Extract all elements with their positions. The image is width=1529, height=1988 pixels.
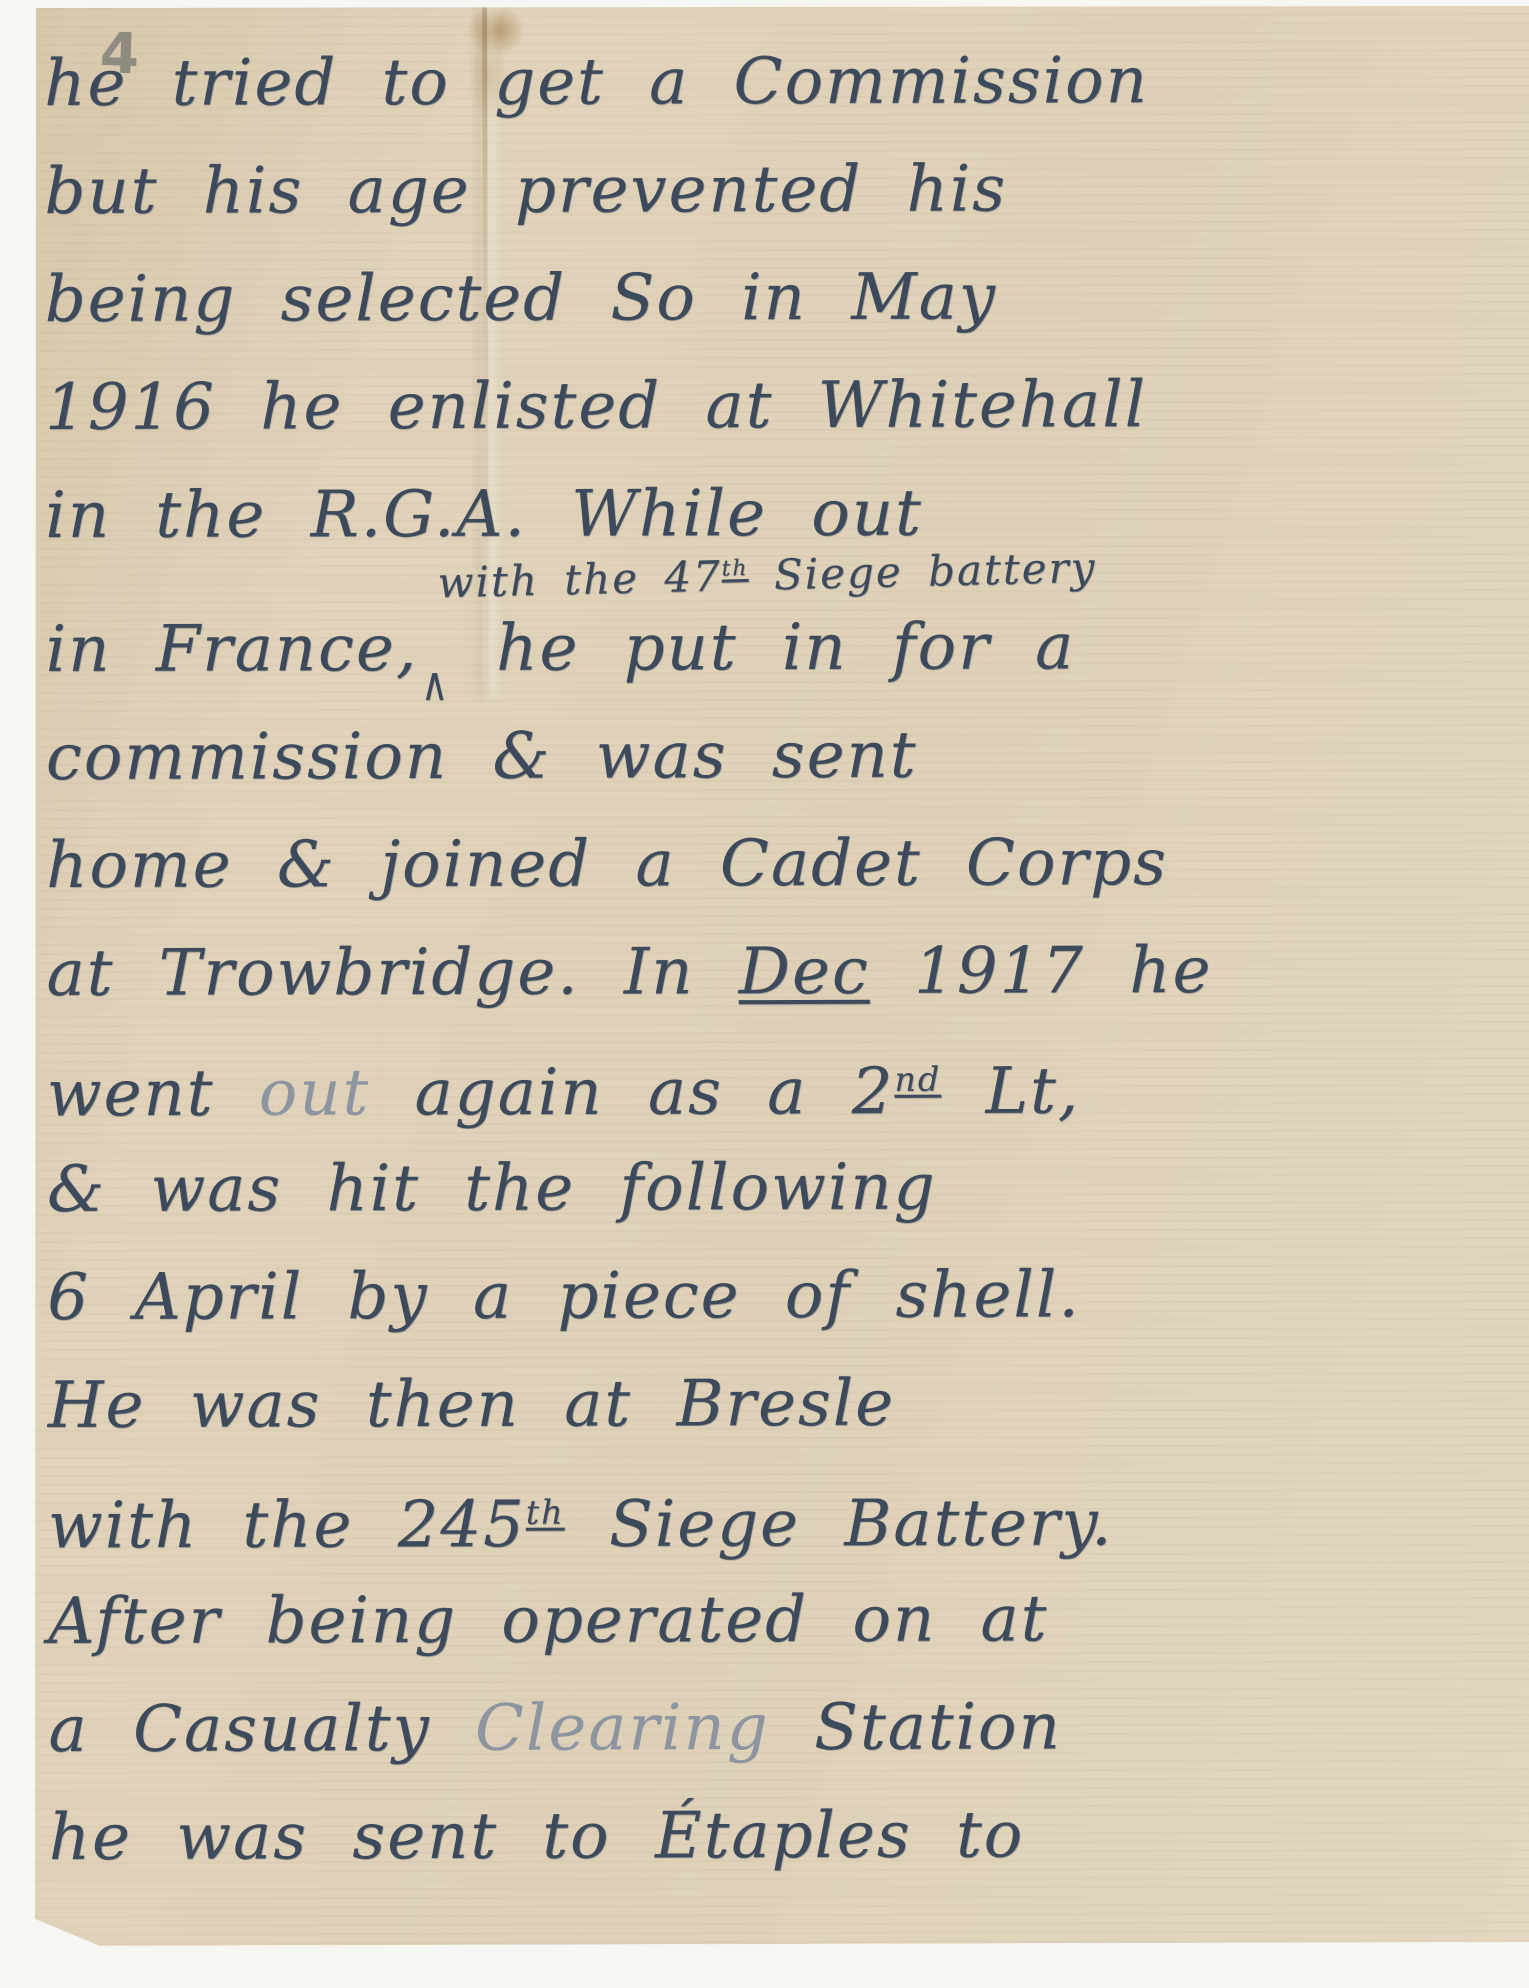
handwriting-line: He was then at Bresle [48,1350,1529,1462]
handwriting-segment: 1916 he enlisted at Whitehall [45,368,1147,445]
handwriting-line: with the 245th Siege Battery. [48,1458,1529,1570]
handwriting-segment: & was hit the following [47,1151,937,1227]
scanned-letter-page: 4 he tried to get a Commissionbut his ag… [0,0,1529,1988]
handwriting-line: 6 April by a piece of shell. [47,1242,1529,1354]
handwriting-segment: Clearing [475,1691,770,1766]
handwriting-segment: 1917 he [870,934,1213,1009]
handwriting-line: but his age prevented his [44,136,1528,248]
insertion-caret: ∧ [421,632,448,736]
handwriting-line: he was sent to Étaples to [49,1782,1529,1894]
handwriting-segment: but his age prevented his [44,152,1007,229]
handwriting-segment: went [47,1057,259,1132]
handwriting-segment: commission & was sent [46,719,918,795]
handwriting-segment: Lt, [941,1055,1080,1129]
handwriting-segment: Siege Battery. [565,1486,1114,1561]
handwriting-segment: th [721,556,748,582]
handwriting-segment: again as a 2 [370,1055,894,1130]
handwriting-line: & was hit the following [47,1134,1529,1246]
letter-body: he tried to get a Commissionbut his age … [44,28,1529,1894]
handwriting-segment: he was sent to Étaples to [49,1798,1025,1875]
handwriting-segment: He was then at Bresle [48,1367,896,1443]
handwriting-segment: home & joined a Cadet Corps [46,826,1168,903]
handwriting-segment: 6 April by a piece of shell. [47,1258,1080,1335]
handwriting-segment: Dec [739,935,870,1009]
handwriting-line: 1916 he enlisted at Whitehall [45,352,1529,464]
handwriting-segment: out [259,1056,371,1130]
handwriting-segment: nd [894,1060,941,1099]
letter-paper: 4 he tried to get a Commissionbut his ag… [30,4,1529,1946]
handwriting-line: home & joined a Cadet Corps [46,810,1529,922]
handwriting-segment: Station [770,1690,1062,1765]
handwriting-line: went out again as a 2nd Lt, [47,1026,1529,1138]
handwriting-line: a Casualty Clearing Station [48,1674,1529,1786]
handwriting-segment: Siege battery [748,543,1097,600]
handwriting-line: he tried to get a Commission [44,28,1528,140]
handwriting-segment: being selected So in May [45,260,997,336]
handwriting-line: being selected So in May [45,244,1529,356]
handwriting-segment: a Casualty [48,1692,475,1767]
handwriting-segment: After being operated on at [48,1582,1048,1659]
handwriting-segment: with the 47 [437,552,722,608]
handwriting-line: at Trowbridge. In Dec 1917 he [46,918,1529,1030]
handwriting-line: commission & was sent [46,702,1529,814]
handwriting-segment: he put in for a [452,610,1076,686]
handwriting-segment: th [526,1493,565,1532]
handwriting-segment: at Trowbridge. In [46,935,738,1011]
handwriting-segment: with the 245 [48,1488,526,1563]
handwriting-segment: he tried to get a Commission [44,44,1149,121]
handwriting-line: After being operated on at [48,1566,1529,1678]
